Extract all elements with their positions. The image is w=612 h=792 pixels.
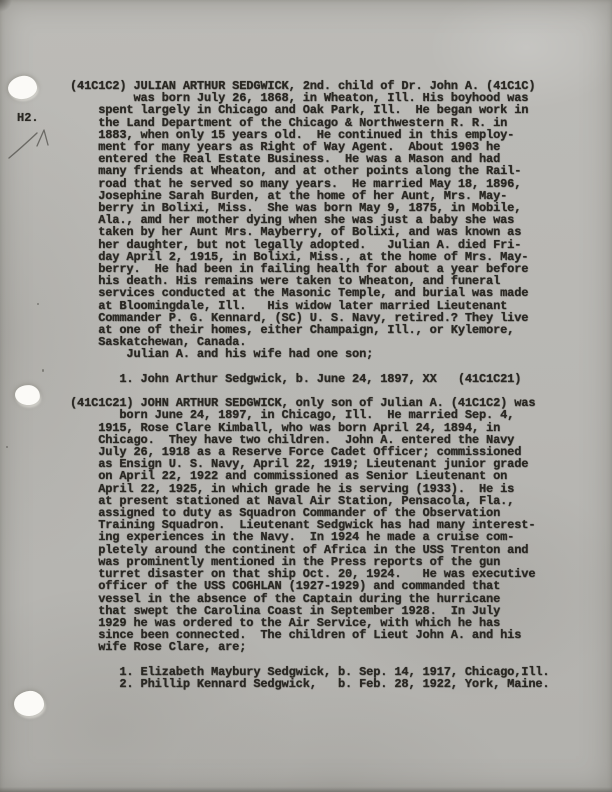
paper-speck bbox=[42, 369, 44, 372]
punch-hole-middle bbox=[14, 384, 41, 406]
page-bottom-edge bbox=[0, 787, 612, 792]
child-list-julian: 1. John Arthur Sedgwick, b. June 24, 189… bbox=[70, 373, 549, 385]
punch-hole-top bbox=[7, 74, 39, 101]
punch-hole-bottom bbox=[13, 690, 45, 717]
genealogy-entry-41C1C21: (41C1C21) JOHN ARTHUR SEDGWICK, only son… bbox=[70, 397, 549, 653]
paper-speck bbox=[6, 446, 8, 448]
typescript-text-column: (41C1C2) JULIAN ARTHUR SEDGWICK, 2nd. ch… bbox=[70, 80, 549, 690]
genealogy-entry-41C1C2: (41C1C2) JULIAN ARTHUR SEDGWICK, 2nd. ch… bbox=[70, 80, 549, 361]
paper-speck bbox=[37, 303, 39, 305]
child-list-john: 1. Elizabeth Maybury Sedgwick, b. Sep. 1… bbox=[70, 666, 549, 690]
typescript-page: H2. (41C1C2) JULIAN ARTHUR SEDGWICK, 2nd… bbox=[0, 0, 612, 792]
margin-label-h2: H2. bbox=[17, 111, 39, 125]
